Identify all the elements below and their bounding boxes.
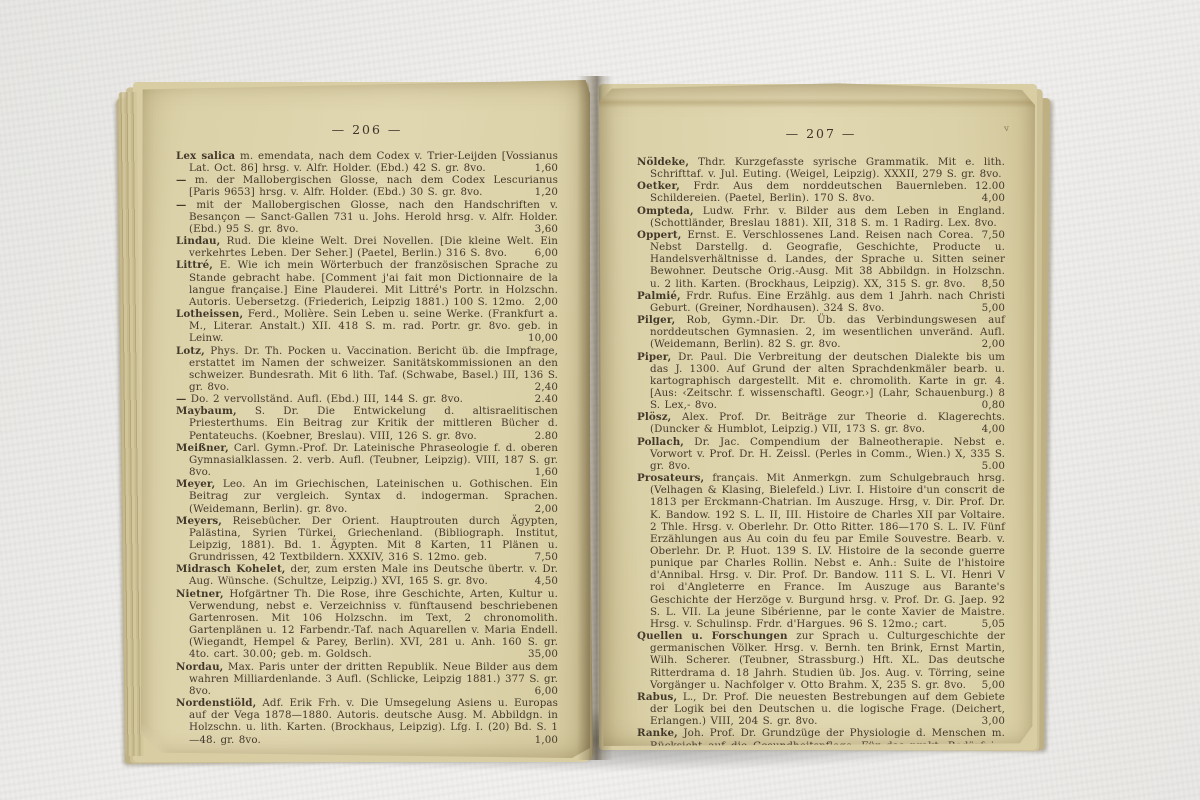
entry-price: 12.00: [967, 180, 1005, 192]
catalog-entry: Prosateurs, français. Mit Anmerkgn. zum …: [637, 472, 1005, 630]
entry-author: Maybaum,: [176, 405, 237, 417]
catalog-entry: Lotheissen, Ferd., Molière. Sein Leben u…: [176, 308, 558, 344]
entry-text: L., Dr. Prof. Die neuesten Bestrebungen …: [650, 691, 1005, 727]
catalog-entry: Nordau, Max. Paris unter der dritten Rep…: [176, 661, 558, 697]
entry-author: Plösz,: [637, 411, 671, 423]
catalog-entry: Plösz, Alex. Prof. Dr. Beiträge zur Theo…: [637, 411, 1005, 435]
entry-price: 10,00: [520, 332, 558, 344]
catalog-entries-right: Nöldeke, Thdr. Kurzgefasste syrische Gra…: [637, 156, 1005, 746]
entry-author: Nordenstiöld,: [176, 697, 256, 709]
entry-author: Lotheissen,: [176, 308, 243, 320]
catalog-entry: Oetker, Frdr. Aus dem norddeutschen Baue…: [637, 180, 1005, 204]
entry-text: Do. 2 vervollständ. Aufl. (Ebd.) III, 14…: [191, 393, 463, 405]
entry-price: 4,00: [974, 192, 1005, 204]
catalog-entry: Lindau, Rud. Die kleine Welt. Drei Novel…: [176, 235, 558, 259]
entry-text: Ludw. Frhr. v. Bilder aus dem Leben in E…: [650, 205, 1005, 229]
catalog-entry: Lex salica m. emendata, nach dem Codex v…: [176, 150, 558, 174]
catalog-entry: Meyer, Leo. An im Griechischen, Lateinis…: [176, 478, 558, 514]
entry-price: 1,60: [527, 162, 558, 174]
entry-price: 4,00: [974, 423, 1005, 435]
entry-text: Dr. Paul. Die Verbreitung der deutschen …: [650, 351, 1005, 412]
catalog-entry: — mit der Mallobergischen Glosse, nach d…: [176, 199, 558, 235]
pencil-check-mark: v: [1003, 124, 1009, 134]
entry-author: Prosateurs,: [637, 472, 704, 484]
entry-author: Ompteda,: [637, 205, 694, 217]
entry-text: français. Mit Anmerkgn. zum Schulgebrauc…: [650, 472, 1005, 630]
entry-price: 5,00: [974, 679, 1005, 691]
entry-text: Carl. Gymn.-Prof. Dr. Lateinische Phrase…: [189, 442, 558, 478]
catalog-entry: Maybaum, S. Dr. Die Entwickelung d. alti…: [176, 405, 558, 441]
entry-author: Meyers,: [176, 515, 222, 527]
entry-author: Meißner,: [176, 442, 229, 454]
entry-text: Thdr. Kurzgefasste syrische Grammatik. M…: [650, 156, 1005, 180]
entry-price: 35,00: [520, 648, 558, 660]
entry-author: Pollach,: [637, 436, 684, 448]
catalog-entry: Pollach, Dr. Jac. Compendium der Balneot…: [637, 436, 1005, 472]
catalog-entry: — Do. 2 vervollständ. Aufl. (Ebd.) III, …: [176, 393, 558, 405]
entry-author: Quellen u. Forschungen: [637, 630, 788, 642]
entry-price: 2.40: [527, 393, 558, 405]
catalog-entry: Palmié, Frdr. Rufus. Eine Erzählg. aus d…: [637, 290, 1005, 314]
entry-author: Pilger,: [637, 314, 675, 326]
entry-text: Frdr. Rufus. Eine Erzählg. aus dem 1 Jah…: [650, 290, 1005, 314]
entry-price: 5,00: [974, 302, 1005, 314]
entry-price: 4,50: [527, 575, 558, 587]
catalog-entry: Pilger, Rob, Gymn.-Dir. Dr. Üb. das Verb…: [637, 314, 1005, 350]
entry-price: 5,05: [974, 618, 1005, 630]
entry-text: Reisebücher. Der Orient. Hauptrouten dur…: [189, 515, 558, 563]
entry-price: 1,20: [527, 186, 558, 198]
entry-price: 7,50: [527, 551, 558, 563]
entry-author: Midrasch Kohelet,: [176, 563, 286, 575]
entry-price: 6,00: [527, 685, 558, 697]
entry-text: Dr. Jac. Compendium der Balneotherapie. …: [650, 436, 1005, 472]
entry-author: Nietner,: [176, 588, 224, 600]
catalog-entry: Midrasch Kohelet, der, zum ersten Male i…: [176, 563, 558, 587]
entry-price: 6,00: [527, 247, 558, 259]
catalog-entry: Oppert, Ernst. E. Verschlossenes Land. R…: [637, 229, 1005, 290]
entry-price: 1,60: [527, 466, 558, 478]
entry-author: Palmié,: [637, 290, 681, 302]
page-left: — 206 — Lex salica m. emendata, nach dem…: [140, 80, 590, 758]
catalog-entry: Piper, Dr. Paul. Die Verbreitung der deu…: [637, 351, 1005, 412]
entry-author: Piper,: [637, 351, 671, 363]
entry-author: —: [176, 174, 186, 186]
entry-price: 8,50: [974, 278, 1005, 290]
entry-text: Alex. Prof. Dr. Beiträge zur Theorie d. …: [650, 411, 1005, 435]
entry-price: 2.80: [527, 430, 558, 442]
catalog-entry: Nöldeke, Thdr. Kurzgefasste syrische Gra…: [637, 156, 1005, 180]
entry-price: 2,00: [527, 296, 558, 308]
entry-price: 2,40: [527, 381, 558, 393]
entry-author: Lex salica: [176, 150, 235, 162]
page-crease: [599, 98, 1035, 108]
entry-author: Rabus,: [637, 691, 677, 703]
page-number-right: — 207 —: [637, 126, 1005, 141]
catalog-entry: Nietner, Hofgärtner Th. Die Rose, ihre G…: [176, 588, 558, 661]
page-right: — 207 — Nöldeke, Thdr. Kurzgefasste syri…: [599, 82, 1035, 746]
entry-text: Hofgärtner Th. Die Rose, ihre Geschichte…: [189, 588, 558, 661]
catalog-entry: Littré, E. Wie ich mein Wörterbuch der f…: [176, 259, 558, 308]
entry-price: 3,00: [974, 715, 1005, 727]
entry-author: Oppert,: [637, 229, 681, 241]
entry-text: m. emendata, nach dem Codex v. Trier-Lei…: [189, 150, 558, 174]
entry-price: 5.00: [974, 460, 1005, 472]
page-number-left: — 206 —: [176, 122, 558, 137]
entry-author: Littré,: [176, 259, 213, 271]
catalog-entry: Rabus, L., Dr. Prof. Die neuesten Bestre…: [637, 691, 1005, 727]
entry-author: Lindau,: [176, 235, 220, 247]
entry-text: Rud. Die kleine Welt. Drei Novellen. [Di…: [189, 235, 558, 259]
entry-author: —: [176, 199, 186, 211]
entry-author: Lotz,: [176, 345, 205, 357]
catalog-entry: Nordenstiöld, Adf. Erik Frh. v. Die Umse…: [176, 697, 558, 746]
entry-text: m. der Mallobergischen Glosse, nach dem …: [189, 174, 558, 198]
photo-background: — 206 — Lex salica m. emendata, nach dem…: [0, 0, 1200, 800]
catalog-entry: Lotz, Phys. Dr. Th. Pocken u. Vaccinatio…: [176, 345, 558, 394]
entry-author: Ranke,: [637, 727, 678, 739]
entry-text: Ernst. E. Verschlossenes Land. Reisen na…: [650, 229, 1005, 290]
entry-text: S. Dr. Die Entwickelung d. altisraelitis…: [189, 405, 558, 441]
catalog-entries-left: Lex salica m. emendata, nach dem Codex v…: [176, 150, 558, 746]
entry-text: Frdr. Aus dem norddeutschen Bauernleben.…: [650, 180, 967, 204]
entry-text: Max. Paris unter der dritten Republik. N…: [189, 661, 558, 697]
entry-price: 7,50: [974, 229, 1005, 241]
entry-text: Leo. An im Griechischen, Lateinischen u.…: [189, 478, 558, 514]
entry-price: 0,80: [974, 399, 1005, 411]
entry-author: Nöldeke,: [637, 156, 689, 168]
entry-text: Ferd., Molière. Sein Leben u. seine Werk…: [189, 308, 558, 344]
entry-price: 2,00: [974, 338, 1005, 350]
catalog-entry: Meyers, Reisebücher. Der Orient. Hauptro…: [176, 515, 558, 564]
entry-author: Nordau,: [176, 661, 223, 673]
entry-text: Rob, Gymn.-Dir. Dr. Üb. das Verbindungsw…: [650, 314, 1005, 350]
entry-author: Oetker,: [637, 180, 680, 192]
entry-text: Phys. Dr. Th. Pocken u. Vaccination. Ber…: [189, 345, 558, 393]
entry-author: Meyer,: [176, 478, 215, 490]
catalog-entry: Ranke, Joh. Prof. Dr. Grundzüge der Phys…: [637, 727, 1005, 746]
entry-text: mit der Mallobergischen Glosse, nach den…: [189, 199, 558, 235]
entry-text: Joh. Prof. Dr. Grundzüge der Physiologie…: [650, 727, 1005, 746]
catalog-entry: — m. der Mallobergischen Glosse, nach de…: [176, 174, 558, 198]
catalog-entry: Quellen u. Forschungen zur Sprach u. Cul…: [637, 630, 1005, 691]
entry-price: 3,60: [527, 223, 558, 235]
entry-price: 1,00: [527, 734, 558, 746]
catalog-entry: Meißner, Carl. Gymn.-Prof. Dr. Lateinisc…: [176, 442, 558, 478]
entry-price: 2,00: [527, 503, 558, 515]
entry-text: E. Wie ich mein Wörterbuch der französis…: [189, 259, 558, 307]
entry-author: —: [176, 393, 186, 405]
catalog-entry: Ompteda, Ludw. Frhr. v. Bilder aus dem L…: [637, 205, 1005, 229]
